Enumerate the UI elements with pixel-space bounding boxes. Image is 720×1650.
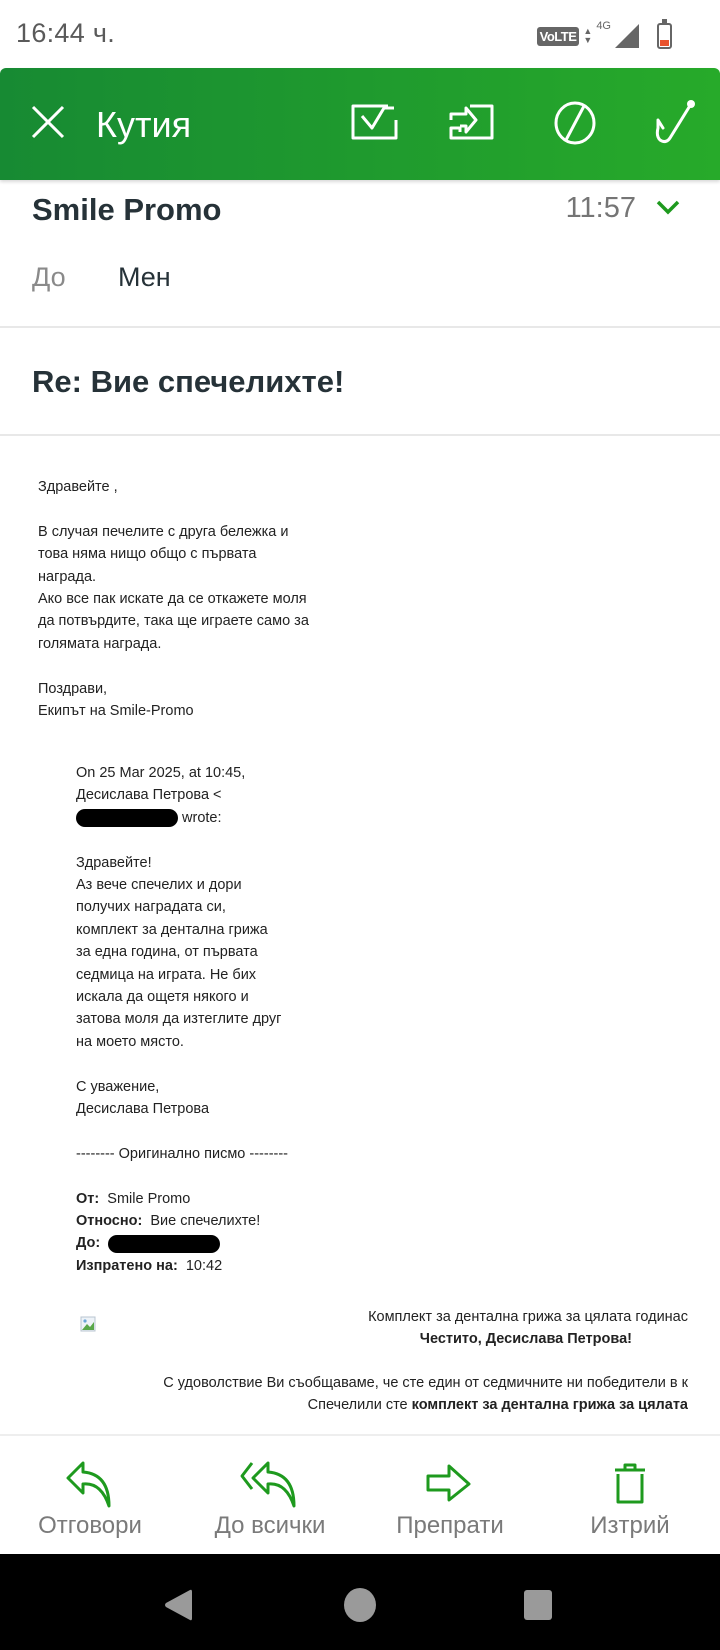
reply-line: това няма нищо общо с първата <box>38 543 338 565</box>
forward-button[interactable]: Препрати <box>360 1436 540 1554</box>
orig-sent: Изпратено на: 10:42 <box>76 1255 376 1277</box>
close-icon[interactable] <box>28 102 68 142</box>
quote-line: комплект за дентална грижа <box>76 919 376 941</box>
reply-all-button[interactable]: До всички <box>180 1436 360 1554</box>
to-label: До <box>32 262 66 293</box>
message-body: Здравейте , В случая печелите с друга бе… <box>0 438 720 1434</box>
back-icon[interactable] <box>162 1587 194 1623</box>
quoted-message: On 25 Mar 2025, at 10:45, Десислава Петр… <box>76 762 376 1277</box>
broken-image-icon[interactable] <box>80 1316 96 1332</box>
sender-name: Smile Promo <box>32 192 222 228</box>
message-subject: Re: Вие спечелихте! <box>32 364 344 400</box>
quote-line: затова моля да изтеглите друг <box>76 1008 376 1030</box>
reply-all-icon <box>240 1460 300 1508</box>
quote-greeting: Здравейте! <box>76 852 376 874</box>
quote-line: искала да ощетя някого и <box>76 986 376 1008</box>
orig-from: От: Smile Promo <box>76 1188 376 1210</box>
battery-low-icon <box>657 23 672 49</box>
quote-line: получих наградата си, <box>76 896 376 918</box>
quote-wrote: wrote: <box>182 810 222 826</box>
quote-line: за една година, от първата <box>76 941 376 963</box>
original-line: Комплект за дентална грижа за цялата год… <box>268 1306 688 1328</box>
delete-label: Изтрий <box>540 1512 720 1540</box>
reply-signature: Екипът на Smile-Promo <box>38 700 338 722</box>
quote-signature: Десислава Петрова <box>76 1098 376 1120</box>
folder-title: Кутия <box>96 104 191 146</box>
reply-line: Ако все пак искате да се откажете моля <box>38 588 338 610</box>
status-icons: VoLTE ▲▼ 4G <box>537 22 672 50</box>
quote-closing: С уважение, <box>76 1076 376 1098</box>
status-bar: 16:44 ч. VoLTE ▲▼ 4G <box>0 0 720 68</box>
divider <box>0 326 720 328</box>
data-arrows-icon: ▲▼ <box>583 27 592 45</box>
hook-icon[interactable] <box>646 98 700 148</box>
reply-all-label: До всички <box>180 1512 360 1540</box>
envelope-check-icon[interactable] <box>348 98 402 148</box>
network-type: 4G <box>596 20 611 32</box>
status-time: 16:44 ч. <box>16 18 115 49</box>
reply-line: да потвърдите, така ще играете само за <box>38 610 338 632</box>
redacted-email-link[interactable] <box>108 1235 220 1253</box>
volte-icon: VoLTE <box>537 27 580 46</box>
reply-greeting: Здравейте , <box>38 476 338 498</box>
forward-label: Препрати <box>360 1512 540 1540</box>
quote-line: Аз вече спечелих и дори <box>76 874 376 896</box>
forward-icon <box>425 1460 475 1508</box>
divider <box>0 434 720 436</box>
move-to-folder-icon[interactable] <box>446 98 500 148</box>
reply-closing: Поздрави, <box>38 678 338 700</box>
trash-icon <box>610 1460 650 1508</box>
original-line: С удоволствие Ви съобщаваме, че сте един… <box>128 1372 688 1394</box>
reply-label: Отговори <box>0 1512 180 1540</box>
reply-line: голямата награда. <box>38 633 338 655</box>
block-icon[interactable] <box>548 98 602 148</box>
reply-icon <box>65 1460 115 1508</box>
orig-subject: Относно: Вие спечелихте! <box>76 1210 376 1232</box>
original-congrats: Честито, Десислава Петрова! <box>232 1328 632 1350</box>
system-nav-bar <box>0 1554 720 1650</box>
quote-header-email: wrote: <box>76 807 376 829</box>
original-line: Спечелили сте комплект за дентална грижа… <box>128 1394 688 1416</box>
quote-header: On 25 Mar 2025, at 10:45, <box>76 762 376 784</box>
delete-button[interactable]: Изтрий <box>540 1436 720 1554</box>
recents-icon[interactable] <box>522 1587 554 1623</box>
reply-line: награда. <box>38 566 338 588</box>
orig-to: До: <box>76 1232 376 1254</box>
original-separator: -------- Оригинално писмо -------- <box>76 1143 376 1165</box>
quote-line: седмица на играта. Не бих <box>76 964 376 986</box>
reply-text: Здравейте , В случая печелите с друга бе… <box>38 476 338 722</box>
redacted-email-link[interactable] <box>76 809 178 827</box>
to-value[interactable]: Мен <box>118 262 171 293</box>
app-bar: Кутия <box>0 68 720 180</box>
quote-header: Десислава Петрова < <box>76 784 376 806</box>
reply-line: В случая печелите с друга бележка и <box>38 521 338 543</box>
bottom-toolbar: Отговори До всички Препрати Изтрий <box>0 1434 720 1554</box>
quote-line: на моето място. <box>76 1031 376 1053</box>
home-icon[interactable] <box>342 1587 378 1623</box>
signal-icon <box>615 24 639 48</box>
chevron-down-icon[interactable] <box>654 196 682 218</box>
message-time: 11:57 <box>566 192 636 225</box>
reply-button[interactable]: Отговори <box>0 1436 180 1554</box>
